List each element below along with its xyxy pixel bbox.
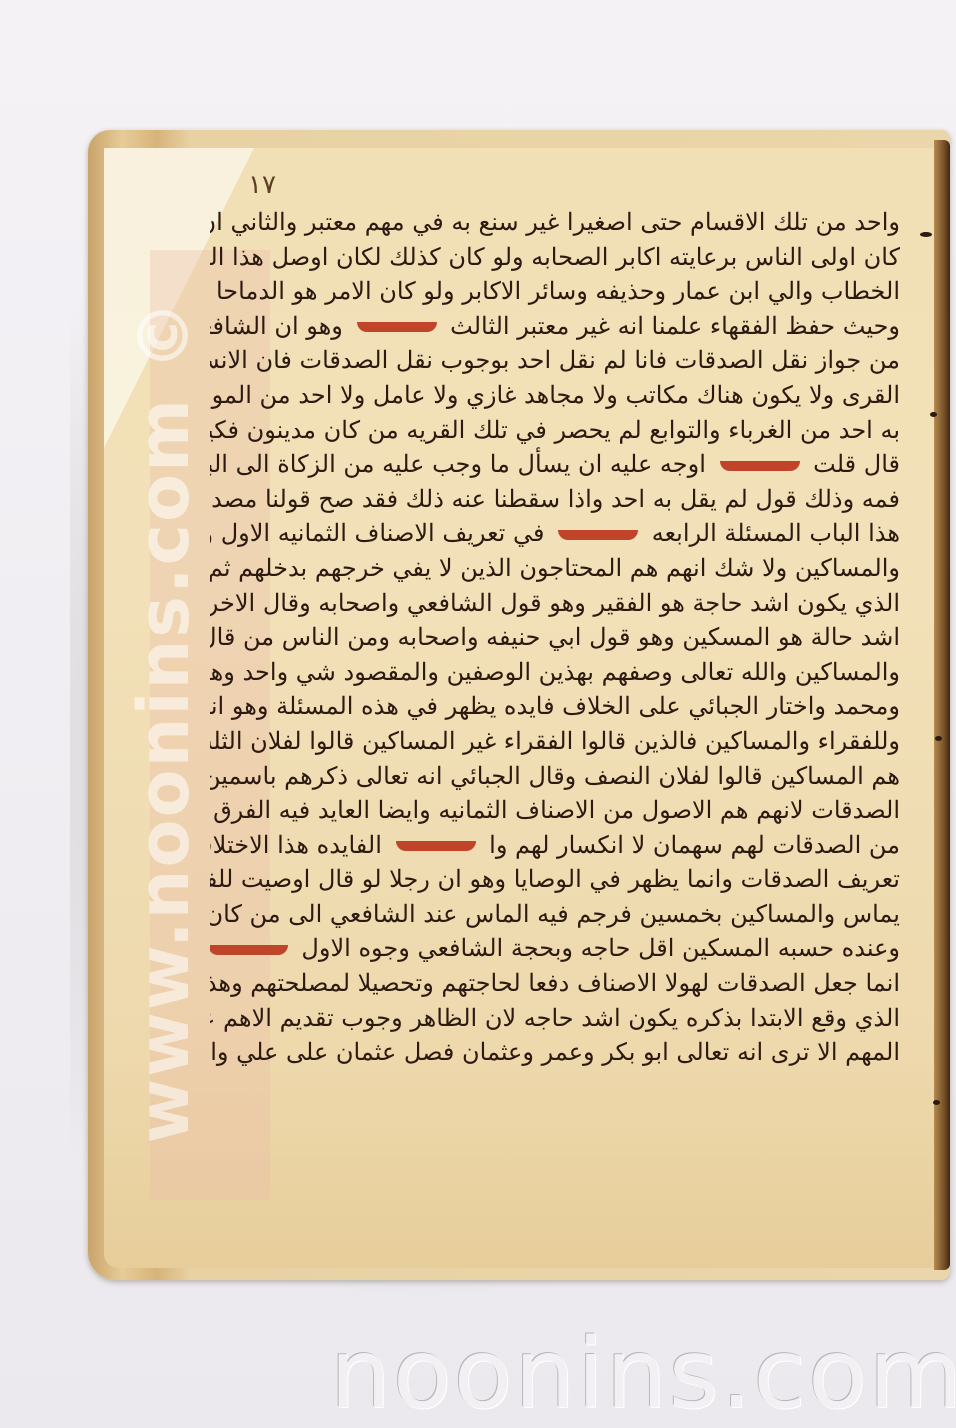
- red-rubric-stroke: [357, 322, 437, 332]
- manuscript-line: تعريف الصدقات وانما يظهر في الوصايا وهو …: [210, 862, 900, 897]
- line-text: الذي يكون اشد حاجة هو الفقير وهو قول الش…: [210, 589, 900, 617]
- manuscript-line: وعنده حسبه المسكين اقل حاجه وبحجة الشافع…: [210, 931, 900, 966]
- red-rubric-stroke: [558, 530, 638, 540]
- manuscript-line: ومحمد واختار الجبائي على الخلاف فايده يظ…: [210, 689, 900, 724]
- ink-mark: [935, 736, 942, 741]
- line-text: الخطاب والي ابن عمار وحذيفه وسائر الاكاب…: [210, 277, 900, 305]
- line-text: يماس والمساكين بخمسين فرجم فيه الماس عند…: [210, 900, 900, 928]
- watermark-bottom: noonins.com: [330, 1318, 956, 1428]
- manuscript-line: وحيث حفظ الفقهاء علمنا انه غير معتبر الث…: [210, 309, 900, 344]
- manuscript-line: والمساكين والله تعالى وصفهم بهذين الوصفي…: [210, 655, 900, 690]
- manuscript-line: يماس والمساكين بخمسين فرجم فيه الماس عند…: [210, 897, 900, 932]
- line-text: وحيث حفظ الفقهاء علمنا انه غير معتبر الث…: [443, 312, 900, 340]
- manuscript-line: من الصدقات لهم سهمان لا انكسار لهم وا ال…: [210, 828, 900, 863]
- manuscript-line: كان اولى الناس برعايته اكابر الصحابه ولو…: [210, 240, 900, 275]
- ink-mark: [920, 232, 932, 237]
- line-text: فمه وذلك قول لم يقل به احد واذا سقطنا عن…: [210, 485, 900, 513]
- line-text: من الصدقات لهم سهمان لا انكسار لهم وا: [482, 831, 900, 859]
- manuscript-line: الصدقات لانهم هم الاصول من الاصناف الثما…: [210, 793, 900, 828]
- manuscript-line: من جواز نقل الصدقات فانا لم نقل احد بوجو…: [210, 343, 900, 378]
- red-rubric-stroke: [396, 841, 476, 851]
- manuscript-line: انما جعل الصدقات لهولا الاصناف دفعا لحاج…: [210, 966, 900, 1001]
- line-text: انما جعل الصدقات لهولا الاصناف دفعا لحاج…: [210, 969, 900, 997]
- line-text: اوجه عليه ان يسأل ما وجب عليه من الزكاة …: [210, 450, 714, 478]
- line-text: هذا الباب المسئلة الرابعه: [644, 519, 900, 547]
- line-text: من جواز نقل الصدقات فانا لم نقل احد بوجو…: [210, 346, 900, 374]
- ink-mark: [930, 412, 937, 417]
- line-text: هم المساكين قالوا لفلان النصف وقال الجبا…: [210, 762, 900, 790]
- manuscript-line: فمه وذلك قول لم يقل به احد واذا سقطنا عن…: [210, 482, 900, 517]
- line-text: واحد من تلك الاقسام حتى اصغيرا غير سنع ب…: [210, 208, 900, 236]
- line-text: القرى ولا يكون هناك مكاتب ولا مجاهد غازي…: [210, 381, 900, 409]
- manuscript-line: وللفقراء والمساكين فالذين قالوا الفقراء …: [210, 724, 900, 759]
- watermark-vertical: www.noonins.com ©: [123, 221, 205, 1221]
- manuscript-line: هذا الباب المسئلة الرابعه في تعريف الاصن…: [210, 516, 900, 551]
- line-text: الصدقات لانهم هم الاصول من الاصناف الثما…: [210, 796, 900, 824]
- manuscript-line: الذي وقع الابتدا بذكره يكون اشد حاجه لان…: [210, 1001, 900, 1036]
- manuscript-text-block: واحد من تلك الاقسام حتى اصغيرا غير سنع ب…: [210, 205, 900, 1070]
- line-text: تعريف الصدقات وانما يظهر في الوصايا وهو …: [210, 865, 900, 893]
- manuscript-line: الذي يكون اشد حاجة هو الفقير وهو قول الش…: [210, 586, 900, 621]
- line-text: المهم الا ترى انه تعالى ابو بكر وعمر وعث…: [210, 1038, 900, 1066]
- ink-mark: [933, 1100, 940, 1105]
- line-text: ومحمد واختار الجبائي على الخلاف فايده يظ…: [210, 692, 900, 720]
- line-text: اشد حالة هو المسكين وهو قول ابي حنيفه وا…: [210, 623, 900, 651]
- manuscript-line: هم المساكين قالوا لفلان النصف وقال الجبا…: [210, 759, 900, 794]
- line-text: الذي وقع الابتدا بذكره يكون اشد حاجه لان…: [210, 1004, 900, 1032]
- line-text: وعنده حسبه المسكين اقل حاجه وبحجة الشافع…: [294, 934, 900, 962]
- manuscript-line: واحد من تلك الاقسام حتى اصغيرا غير سنع ب…: [210, 205, 900, 240]
- manuscript-line: والمساكين ولا شك انهم هم المحتاجون الذين…: [210, 551, 900, 586]
- line-text: كان اولى الناس برعايته اكابر الصحابه ولو…: [210, 243, 900, 271]
- red-rubric-stroke: [210, 945, 288, 955]
- line-text: الفايده هذا الاختلاف لا يظهر في: [210, 831, 390, 859]
- line-text: في تعريف الاصناف الثمانيه الاول والثاني …: [210, 519, 552, 547]
- red-rubric-stroke: [720, 461, 800, 471]
- manuscript-line: الخطاب والي ابن عمار وحذيفه وسائر الاكاب…: [210, 274, 900, 309]
- manuscript-line: اشد حالة هو المسكين وهو قول ابي حنيفه وا…: [210, 620, 900, 655]
- line-text: به احد من الغرباء والتوابع لم يحصر في تل…: [210, 416, 900, 444]
- line-text: قال قلت: [806, 450, 900, 478]
- line-text: وللفقراء والمساكين فالذين قالوا الفقراء …: [210, 727, 900, 755]
- line-text: وهو ان الشافعي احلاف باى في: [210, 312, 351, 340]
- line-text: والمساكين ولا شك انهم هم المحتاجون الذين…: [210, 554, 900, 582]
- manuscript-line: المهم الا ترى انه تعالى ابو بكر وعمر وعث…: [210, 1035, 900, 1070]
- folio-number: ١٧: [248, 170, 276, 200]
- manuscript-line: القرى ولا يكون هناك مكاتب ولا مجاهد غازي…: [210, 378, 900, 413]
- manuscript-line: به احد من الغرباء والتوابع لم يحصر في تل…: [210, 413, 900, 448]
- manuscript-line: قال قلت اوجه عليه ان يسأل ما وجب عليه من…: [210, 447, 900, 482]
- line-text: والمساكين والله تعالى وصفهم بهذين الوصفي…: [210, 658, 900, 686]
